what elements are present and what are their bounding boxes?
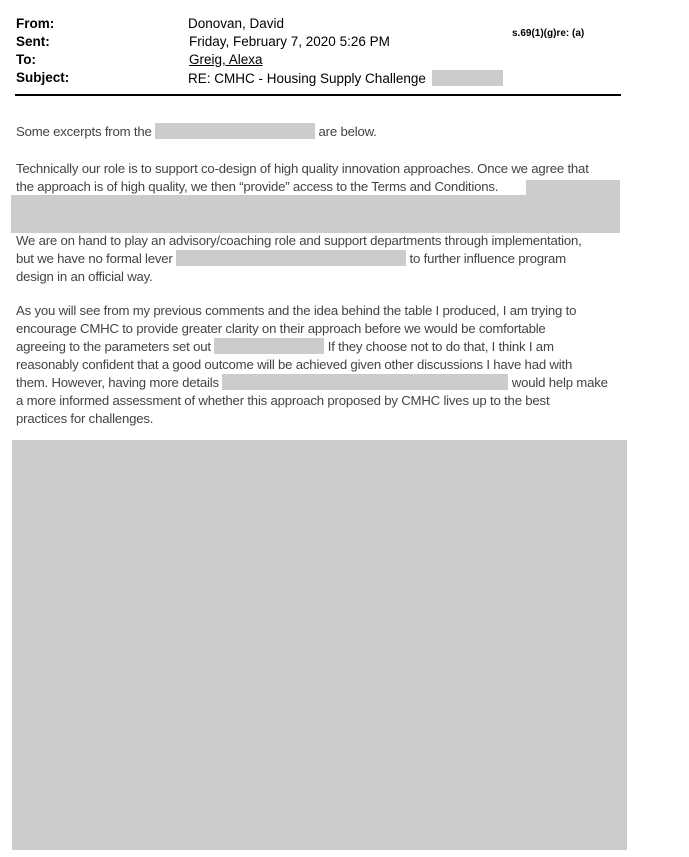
subject-value: RE: CMHC - Housing Supply Challenge — [188, 70, 503, 86]
p4-redaction-2 — [222, 374, 508, 390]
exemption-stamp: s.69(1)(g)re: (a) — [512, 28, 584, 39]
sent-value: Friday, February 7, 2020 5:26 PM — [189, 34, 390, 49]
p3-line3: design in an official way. — [16, 268, 626, 286]
p2-line1: Technically our role is to support co-de… — [16, 160, 626, 178]
p1-before: Some excerpts from the — [16, 124, 152, 139]
p3-line1: We are on hand to play an advisory/coach… — [16, 232, 626, 250]
p4-line2: encourage CMHC to provide greater clarit… — [16, 320, 626, 338]
p4-line6: a more informed assessment of whether th… — [16, 392, 626, 410]
p3-line2-after: to further influence program — [410, 251, 566, 266]
p2-redaction-top — [526, 180, 620, 196]
p4-line5-after: would help make — [512, 375, 608, 390]
p4-line4: reasonably confident that a good outcome… — [16, 356, 626, 374]
paragraph-3: We are on hand to play an advisory/coach… — [16, 232, 626, 286]
p3-redaction — [176, 250, 406, 266]
from-label: From: — [16, 16, 54, 31]
from-value: Donovan, David — [188, 16, 284, 31]
subject-label: Subject: — [16, 70, 69, 85]
sent-label: Sent: — [16, 34, 50, 49]
large-redaction-block — [12, 440, 627, 850]
p4-line3-after: If they choose not to do that, I think I… — [328, 339, 554, 354]
p4-redaction-1 — [214, 338, 324, 354]
p1-after: are below. — [319, 124, 377, 139]
header-divider — [15, 94, 621, 96]
paragraph-1: Some excerpts from the are below. — [16, 123, 626, 141]
subject-redaction — [432, 70, 503, 86]
to-label: To: — [16, 52, 36, 67]
p4-line1: As you will see from my previous comment… — [16, 302, 626, 320]
p3-line2-before: but we have no formal lever — [16, 251, 173, 266]
p4-line5-before: them. However, having more details — [16, 375, 219, 390]
p2-redaction-block — [11, 195, 620, 233]
p1-redaction — [155, 123, 315, 139]
paragraph-4: As you will see from my previous comment… — [16, 302, 626, 428]
to-value-link[interactable]: Greig, Alexa — [189, 52, 263, 67]
p4-line7: practices for challenges. — [16, 410, 626, 428]
p4-line3-before: agreeing to the parameters set out — [16, 339, 211, 354]
subject-text: RE: CMHC - Housing Supply Challenge — [188, 71, 426, 86]
